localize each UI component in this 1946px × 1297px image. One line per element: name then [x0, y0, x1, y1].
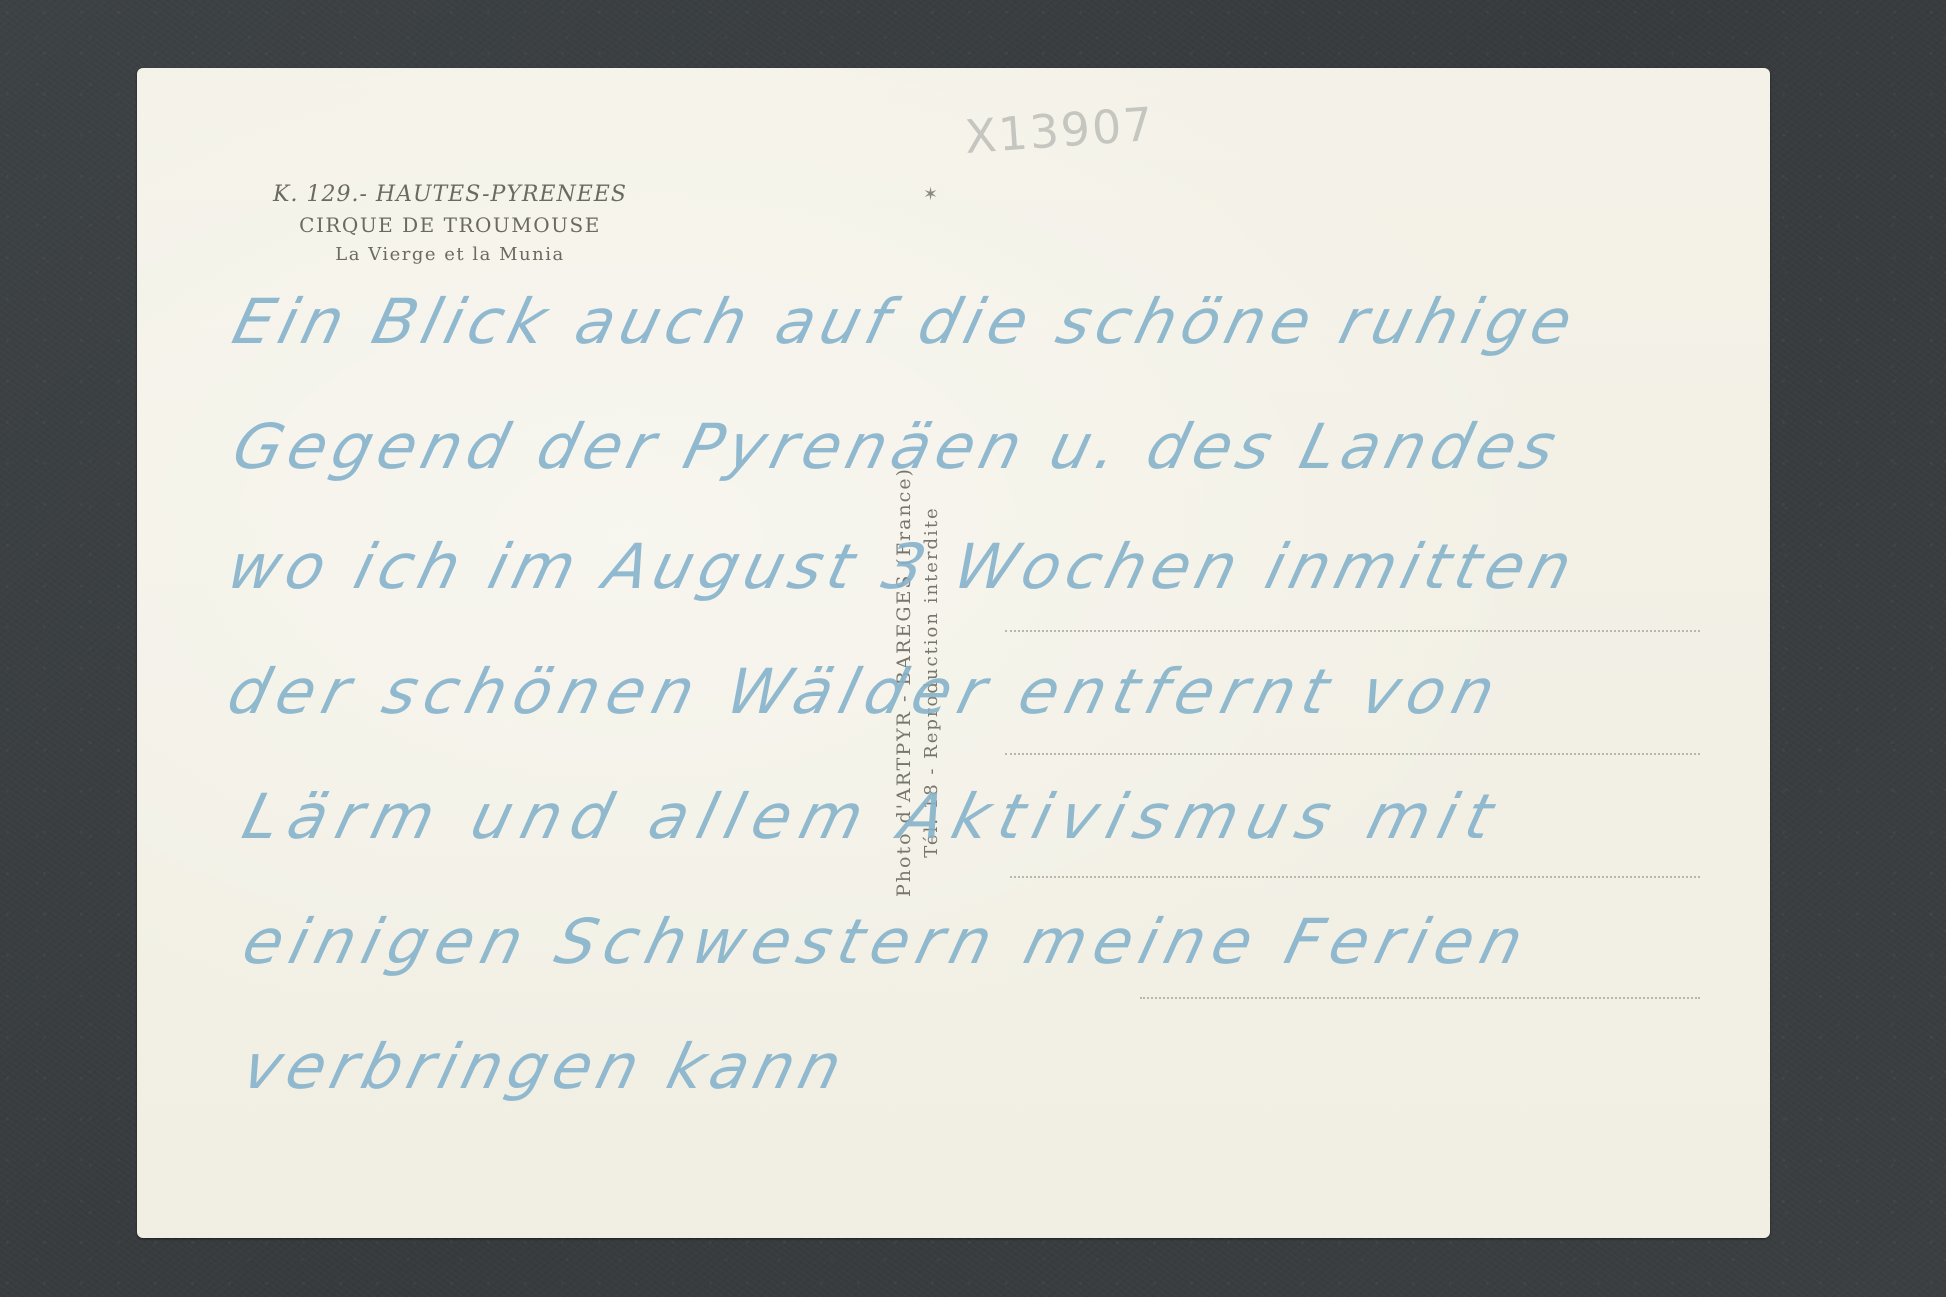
address-line-1 [1005, 630, 1700, 632]
message-line: der schönen Wälder entfernt von [221, 655, 1510, 728]
message-line: einigen Schwestern meine Ferien [236, 905, 1538, 978]
message-line: Lärm und allem Aktivismus mit [236, 780, 1510, 853]
message-line: Gegend der Pyrenäen u. des Landes [226, 410, 1569, 483]
address-line-2 [1005, 753, 1700, 755]
caption-reference: K. 129.- HAUTES-PYRENEES [230, 180, 670, 210]
address-line-4 [1140, 997, 1700, 999]
message-line: Ein Blick auch auf die schöne ruhige [226, 285, 1585, 358]
caption-subtitle: La Vierge et la Munia [230, 240, 670, 270]
address-line-3 [1010, 876, 1700, 878]
message-line: wo ich im August 3 Wochen inmitten [221, 530, 1585, 603]
printed-caption: K. 129.- HAUTES-PYRENEES CIRQUE DE TROUM… [230, 180, 670, 270]
star-icon: ✶ [923, 186, 938, 204]
caption-title: CIRQUE DE TROUMOUSE [230, 210, 670, 240]
message-line: verbringen kann [236, 1030, 855, 1103]
